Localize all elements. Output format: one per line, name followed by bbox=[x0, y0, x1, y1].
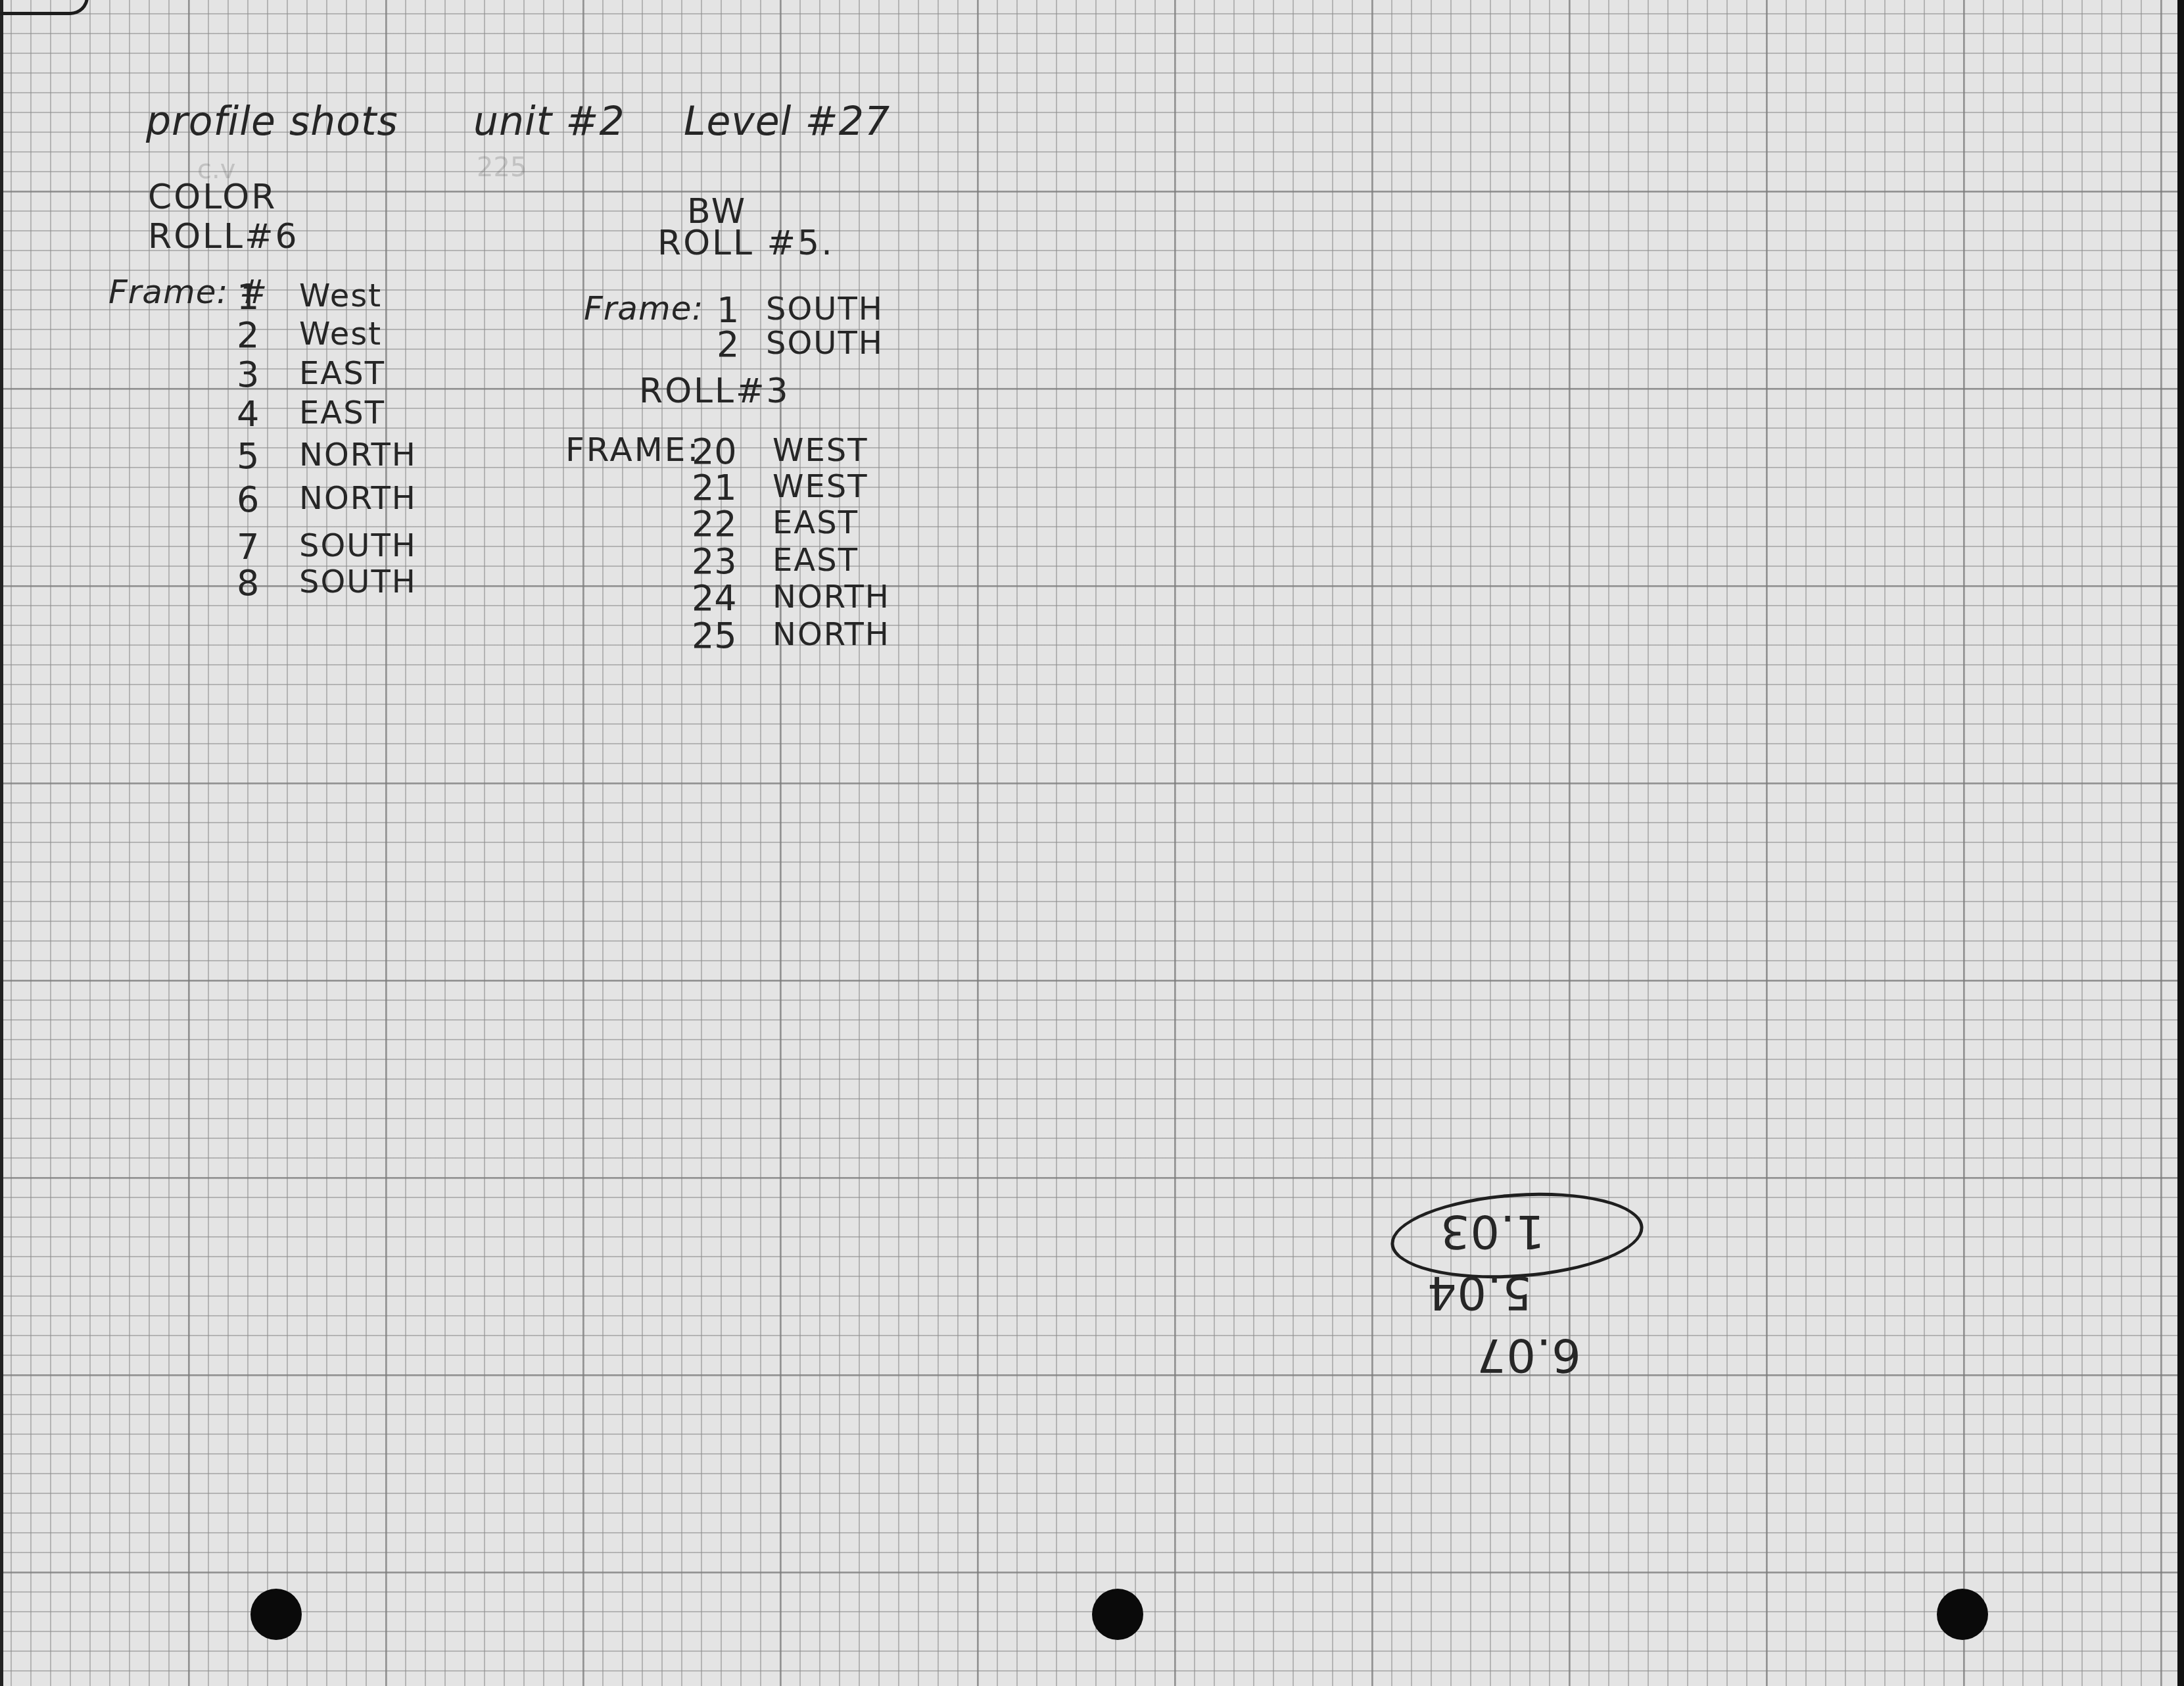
frame-number: 25 bbox=[692, 615, 737, 656]
inverted-value: 5.04 bbox=[1427, 1266, 1532, 1320]
frame-direction: EAST bbox=[772, 542, 859, 579]
frame-direction: West bbox=[299, 277, 382, 314]
frame-number: 2 bbox=[717, 324, 739, 365]
frame-number: 21 bbox=[692, 467, 737, 508]
binder-hole-center bbox=[1092, 1589, 1143, 1640]
unit-label: unit #2 bbox=[473, 99, 625, 145]
frame-number: 3 bbox=[237, 354, 259, 395]
bw-frame-label: Frame: bbox=[584, 289, 703, 327]
frame-direction: SOUTH bbox=[766, 325, 884, 362]
frame-direction: West bbox=[299, 316, 382, 352]
frame-direction: SOUTH bbox=[299, 564, 417, 600]
frame-direction: EAST bbox=[299, 395, 385, 431]
bw-roll3-label: ROLL#3 bbox=[639, 372, 790, 411]
frame-direction: SOUTH bbox=[766, 291, 884, 327]
frame-number: 8 bbox=[237, 562, 259, 604]
frame-direction: SOUTH bbox=[299, 527, 417, 564]
frame-number: 23 bbox=[692, 541, 737, 582]
frame-direction: EAST bbox=[299, 355, 385, 392]
scan-left-edge bbox=[0, 0, 3, 1686]
frame-number: 1 bbox=[237, 276, 259, 318]
frame-number: 2 bbox=[237, 314, 259, 356]
frame-direction: NORTH bbox=[772, 579, 890, 615]
frame-number: 5 bbox=[237, 435, 259, 477]
binder-hole-left bbox=[250, 1589, 302, 1640]
inverted-circled-value: 1.03 bbox=[1440, 1205, 1545, 1259]
binder-hole-right bbox=[1937, 1589, 1988, 1640]
frame-direction: NORTH bbox=[772, 616, 890, 653]
page-title: profile shots bbox=[146, 99, 398, 145]
level-label: Level #27 bbox=[684, 99, 890, 145]
frame-number: 7 bbox=[237, 526, 259, 567]
frame-number: 20 bbox=[692, 431, 737, 472]
frame-direction: WEST bbox=[772, 468, 868, 505]
bw-frame-label-2: FRAME: bbox=[565, 431, 700, 469]
bw-roll-label: ROLL #5. bbox=[657, 224, 834, 263]
frame-number: 6 bbox=[237, 479, 259, 520]
frame-number: 24 bbox=[692, 577, 737, 619]
frame-direction: NORTH bbox=[299, 480, 417, 517]
frame-number: 4 bbox=[237, 393, 259, 435]
color-section-label: COLOR bbox=[148, 178, 277, 217]
inverted-value: 6.07 bbox=[1476, 1328, 1581, 1382]
torn-corner-mark bbox=[0, 0, 89, 15]
frame-direction: NORTH bbox=[299, 437, 417, 473]
frame-number: 22 bbox=[692, 503, 737, 544]
frame-direction: EAST bbox=[772, 504, 859, 541]
scan-right-edge bbox=[2177, 0, 2184, 1686]
frame-direction: WEST bbox=[772, 432, 868, 469]
bleed-through-mark: 225 bbox=[477, 153, 527, 183]
color-roll-label: ROLL#6 bbox=[148, 217, 299, 256]
